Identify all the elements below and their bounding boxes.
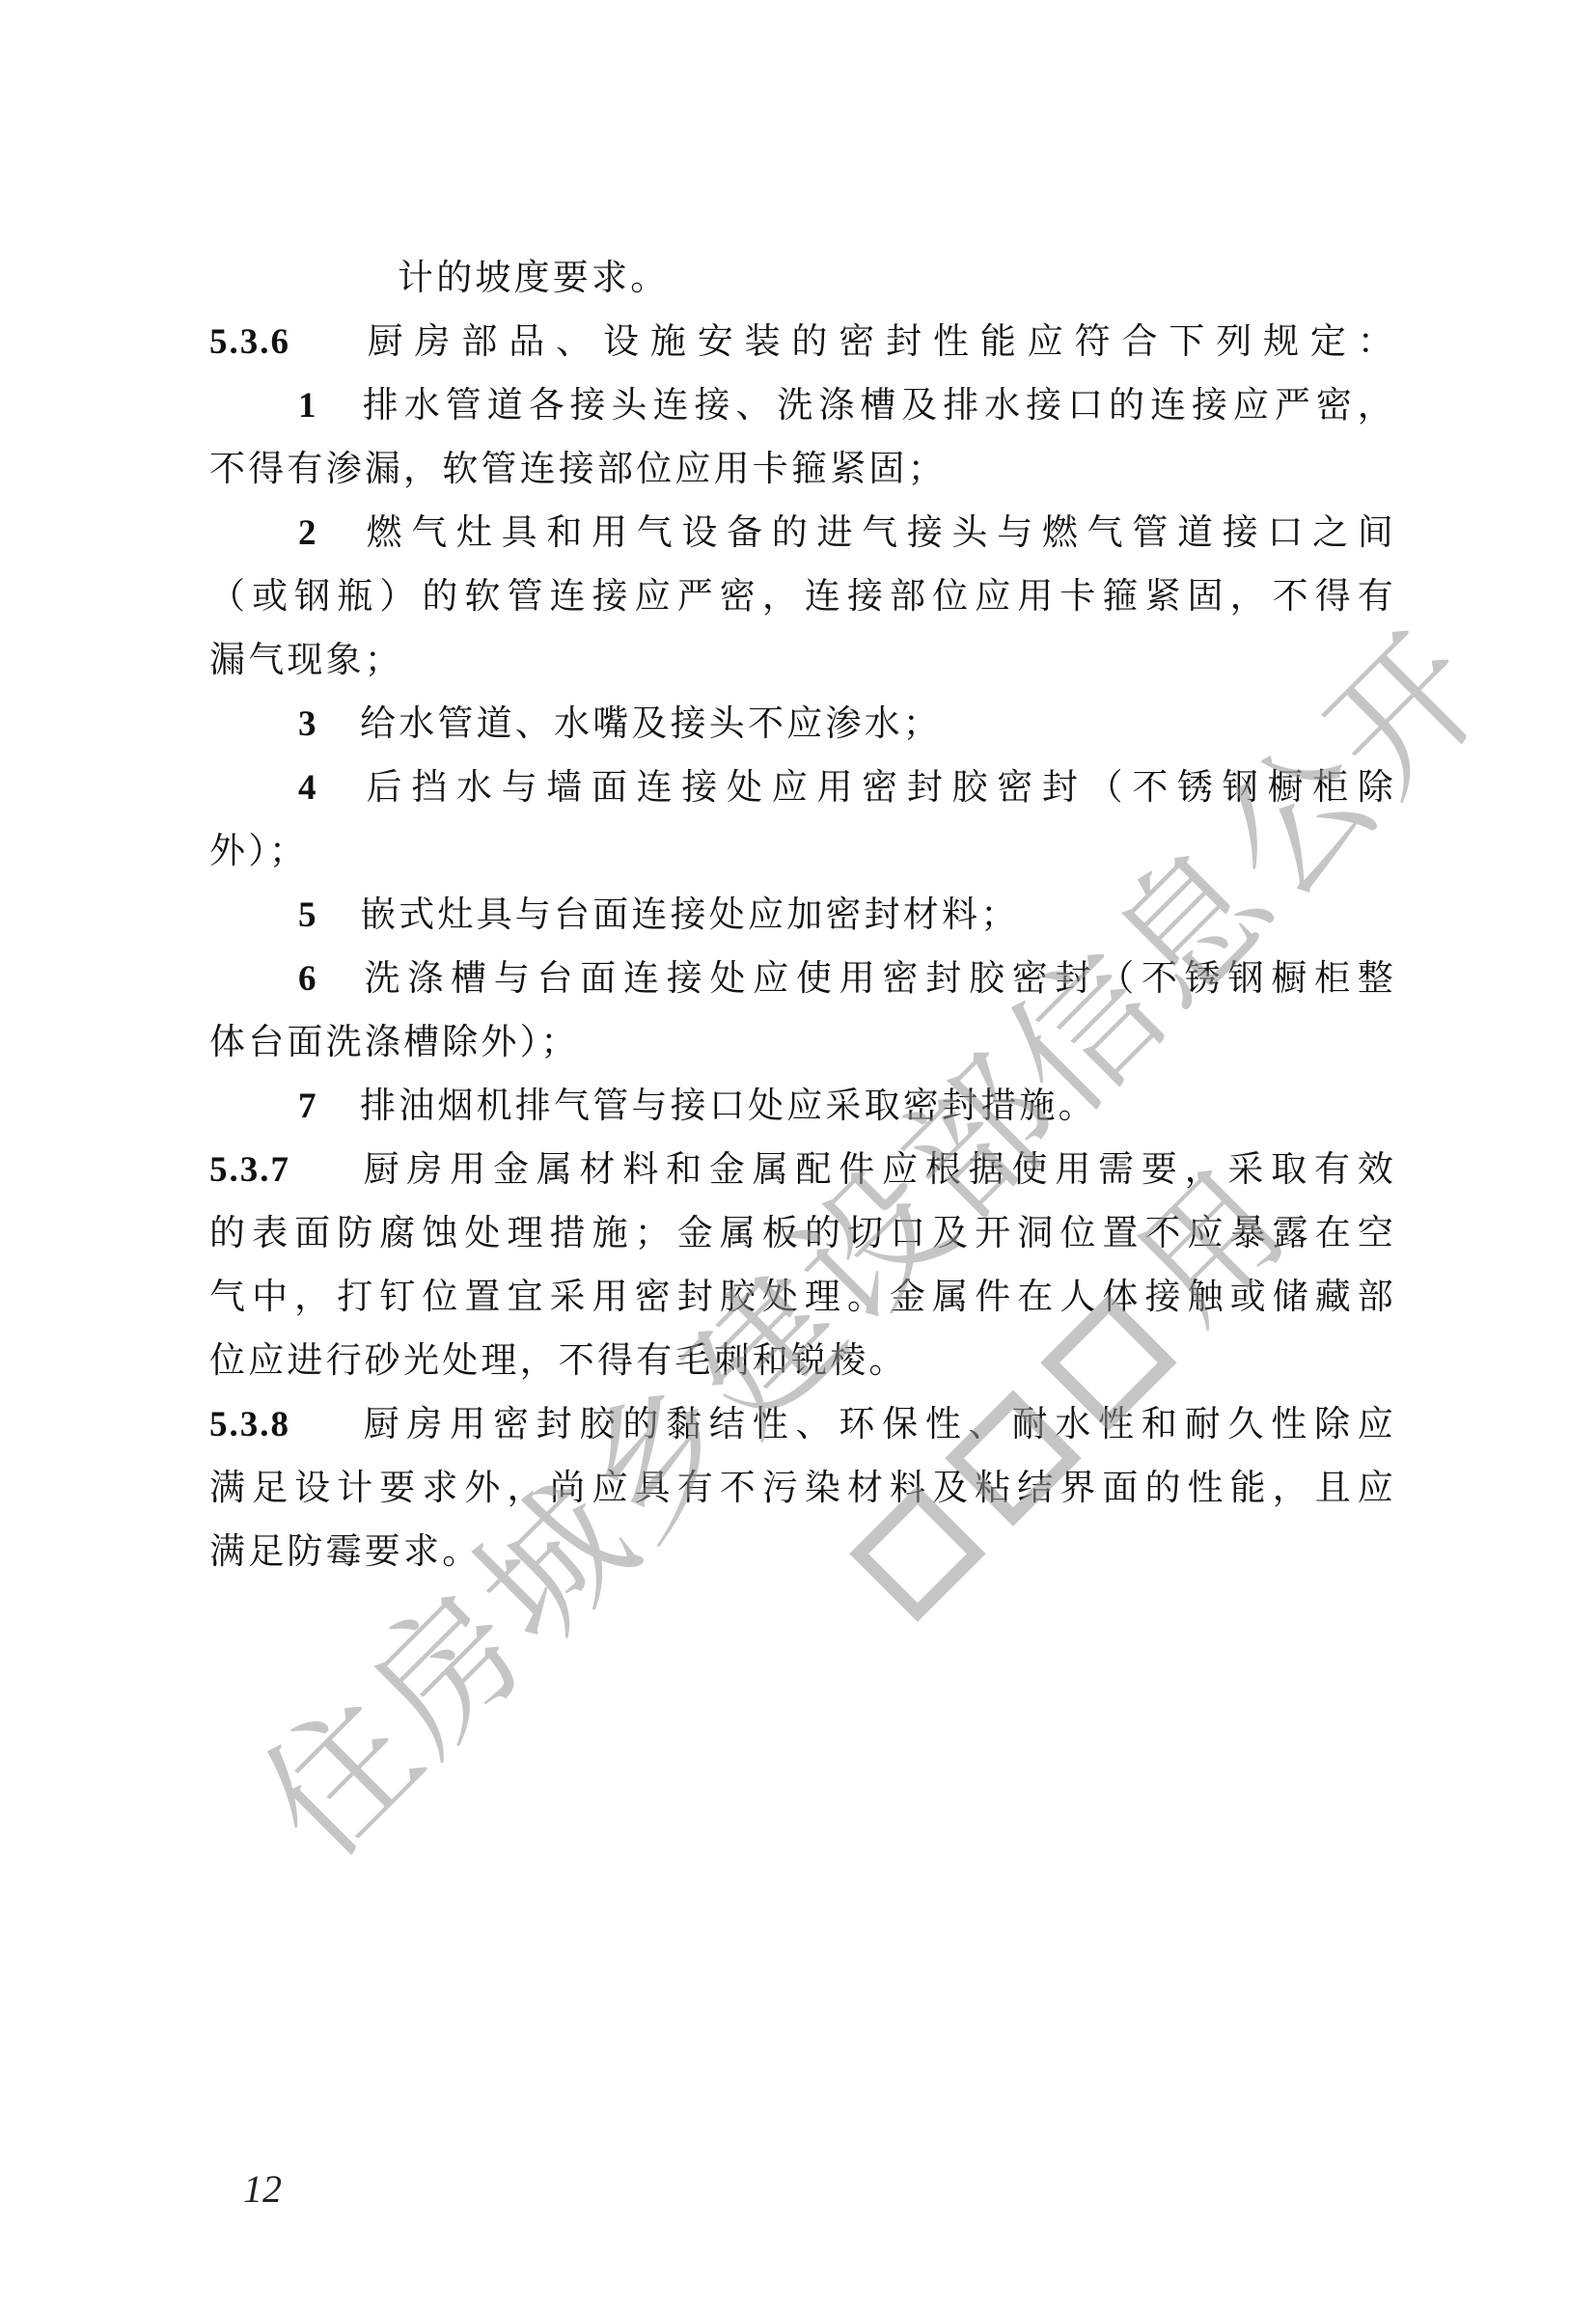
- item-7: 7排油烟机排气管与接口处应采取密封措施。: [209, 1074, 1396, 1138]
- clause-5-3-8: 5.3.8厨房用密封胶的黏结性、环保性、耐水性和耐久性除应: [209, 1392, 1396, 1456]
- item-number: 1: [298, 374, 360, 438]
- item-6: 6洗涤槽与台面连接处应使用密封胶密封（不锈钢橱柜整: [209, 947, 1396, 1010]
- item-number: 5: [298, 884, 360, 948]
- text-line: 外）；: [209, 819, 1396, 883]
- clause-text: 厨房用金属材料和金属配件应根据使用需要，采取有效: [359, 1148, 1396, 1190]
- clause-5-3-7: 5.3.7厨房用金属材料和金属配件应根据使用需要，采取有效: [209, 1138, 1396, 1201]
- clause-5-3-6: 5.3.6厨房部品、设施安装的密封性能应符合下列规定：: [209, 310, 1396, 373]
- text-line: 气中，打钉位置宜采用密封胶处理。金属件在人体接触或储藏部: [209, 1265, 1396, 1329]
- continuation-line: 计的坡度要求。: [209, 246, 1396, 310]
- text-line: 不得有渗漏，软管连接部位应用卡箍紧固；: [209, 437, 1396, 501]
- item-number: 3: [298, 693, 360, 757]
- line-text: 满足防霉要求。: [209, 1530, 481, 1572]
- text-line: 位应进行砂光处理，不得有毛刺和锐棱。: [209, 1329, 1396, 1392]
- text-line: 漏气现象；: [209, 628, 1396, 692]
- text-line: （或钢瓶）的软管连接应严密，连接部位应用卡箍紧固，不得有: [209, 564, 1396, 628]
- line-text: 外）；: [209, 830, 308, 871]
- item-number: 2: [298, 502, 360, 565]
- line-text: 位应进行砂光处理，不得有毛刺和锐棱。: [209, 1339, 908, 1381]
- item-1: 1排水管道各接头连接、洗涤槽及排水接口的连接应严密，: [209, 373, 1396, 437]
- item-text: 排水管道各接头连接、洗涤槽及排水接口的连接应严密，: [360, 384, 1396, 426]
- line-text: 计的坡度要求。: [398, 257, 669, 298]
- line-text: 体台面洗涤槽除外）；: [209, 1021, 580, 1062]
- clause-number: 5.3.6: [209, 311, 359, 374]
- item-text: 燃气灶具和用气设备的进气接头与燃气管道接口之间: [360, 511, 1396, 553]
- item-3: 3给水管道、水嘴及接头不应渗水；: [209, 692, 1396, 756]
- item-number: 6: [298, 948, 360, 1011]
- line-text: 气中，打钉位置宜采用密封胶处理。金属件在人体接触或储藏部: [209, 1276, 1396, 1317]
- clause-text: 厨房用密封胶的黏结性、环保性、耐水性和耐久性除应: [359, 1403, 1396, 1444]
- item-number: 4: [298, 757, 360, 820]
- line-text: 的表面防腐蚀处理措施；金属板的切口及开洞位置不应暴露在空: [209, 1212, 1396, 1253]
- page-number: 12: [243, 2166, 282, 2212]
- text-line: 满足设计要求外，尚应具有不污染材料及粘结界面的性能，且应: [209, 1456, 1396, 1520]
- clause-number: 5.3.8: [209, 1393, 359, 1457]
- clause-text: 厨房部品、设施安装的密封性能应符合下列规定：: [359, 320, 1396, 362]
- item-text: 嵌式灶具与台面连接处应加密封材料；: [360, 894, 1019, 935]
- item-text: 排油烟机排气管与接口处应采取密封措施。: [360, 1085, 1097, 1126]
- item-text: 后挡水与墙面连接处应用密封胶密封（不锈钢橱柜除: [360, 766, 1396, 808]
- line-text: 不得有渗漏，软管连接部位应用卡箍紧固；: [209, 448, 947, 489]
- document-page: 计的坡度要求。 5.3.6厨房部品、设施安装的密封性能应符合下列规定： 1排水管…: [0, 0, 1596, 2311]
- line-text: （或钢瓶）的软管连接应严密，连接部位应用卡箍紧固，不得有: [209, 575, 1396, 617]
- item-text: 洗涤槽与台面连接处应使用密封胶密封（不锈钢橱柜整: [360, 957, 1396, 999]
- item-number: 7: [298, 1075, 360, 1139]
- text-line: 满足防霉要求。: [209, 1520, 1396, 1583]
- item-text: 给水管道、水嘴及接头不应渗水；: [360, 702, 942, 744]
- document-body: 计的坡度要求。 5.3.6厨房部品、设施安装的密封性能应符合下列规定： 1排水管…: [209, 246, 1396, 1583]
- item-2: 2燃气灶具和用气设备的进气接头与燃气管道接口之间: [209, 501, 1396, 564]
- text-line: 体台面洗涤槽除外）；: [209, 1010, 1396, 1074]
- item-4: 4后挡水与墙面连接处应用密封胶密封（不锈钢橱柜除: [209, 756, 1396, 819]
- line-text: 满足设计要求外，尚应具有不污染材料及粘结界面的性能，且应: [209, 1467, 1396, 1508]
- clause-number: 5.3.7: [209, 1139, 359, 1202]
- text-line: 的表面防腐蚀处理措施；金属板的切口及开洞位置不应暴露在空: [209, 1201, 1396, 1265]
- item-5: 5嵌式灶具与台面连接处应加密封材料；: [209, 883, 1396, 947]
- line-text: 漏气现象；: [209, 639, 403, 680]
